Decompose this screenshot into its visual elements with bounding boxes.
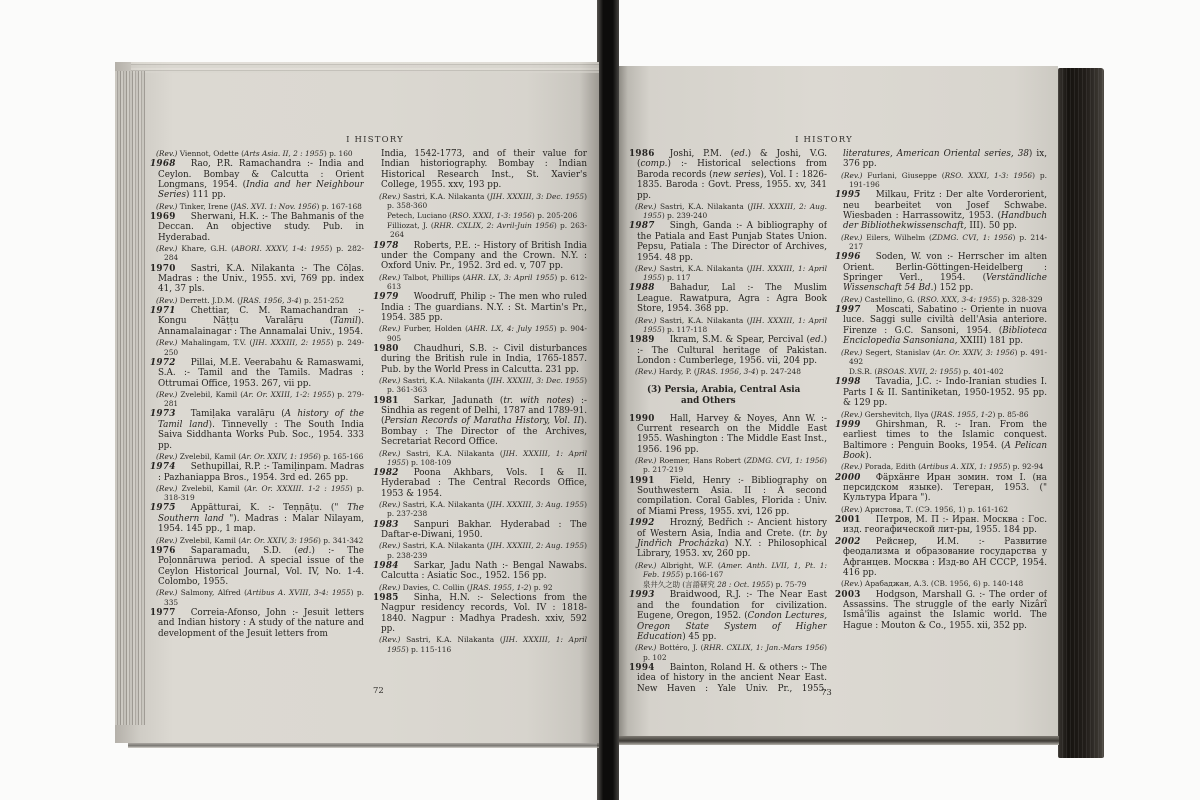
bib-entry: 1994Bainton, Roland H. & others :- The i… xyxy=(629,663,827,693)
left-page: I HISTORY (Rev.) Viennot, Odette (Arts A… xyxy=(115,62,599,743)
review-citation: (Rev.) Zvelebil, Kamil (Ar. Or. XXIV, 3:… xyxy=(150,536,364,545)
review-citation: (Rev.) Castellino, G. (RSO. XXX, 3-4: 19… xyxy=(835,295,1047,304)
review-citation: (Rev.) Sastri, K.A. Nilakanta (JIH. XXXI… xyxy=(373,449,587,467)
bib-entry: 1987Singh, Ganda :- A bibliography of th… xyxy=(629,221,827,263)
bib-entry: 1985Sinha, H.N. :- Selections from the N… xyxy=(373,593,587,635)
entry-number: 1992 xyxy=(629,518,655,528)
entry-number: 1971 xyxy=(150,306,176,316)
book-spine xyxy=(597,0,619,800)
left-page-edge-texture xyxy=(115,71,145,725)
entry-number: 1999 xyxy=(835,420,861,430)
entry-number: 1990 xyxy=(629,414,655,424)
review-citation: (Rev.) Talbot, Phillips (AHR. LX, 3: Apr… xyxy=(373,273,587,291)
section-heading-line1: (3) Persia, Arabia, Central Asia xyxy=(647,385,827,396)
entry-number: 1978 xyxy=(373,241,399,251)
bib-entry: 1995Milkau, Fritz : Der alte Vorderorien… xyxy=(835,190,1047,232)
running-header-right: I HISTORY xyxy=(754,135,894,145)
review-citation: (Rev.) Zvelebil, Kamil (Ar. Or. XXIII, 1… xyxy=(150,390,364,408)
entry-number: 2001 xyxy=(835,515,861,525)
review-citation: (Rev.) Аристова, Т. (СЭ. 1956, 1) p. 161… xyxy=(835,505,1047,514)
review-citation: (Rev.) Bottéro, J. (RHR. CXLIX, 1: Jan.-… xyxy=(629,643,827,661)
entry-number: 1977 xyxy=(150,608,176,618)
entry-number: 1986 xyxy=(629,149,655,159)
bib-entry: 1979Woodruff, Philip :- The men who rule… xyxy=(373,292,587,323)
entry-number: 1995 xyxy=(835,190,861,200)
review-citation: (Rev.) Sastri, K.A. Nilakanta (JIH. XXXI… xyxy=(373,500,587,518)
review-citation: (Rev.) Eilers, Wilhelm (ZDMG. CVI, 1: 19… xyxy=(835,233,1047,251)
bib-entry: 1970Sastri, K.A. Nilakanta :- The Cōḷas.… xyxy=(150,264,364,295)
right-page-block-edge xyxy=(1058,68,1104,758)
bib-entry: 1989Ikram, S.M. & Spear, Percival (ed.) … xyxy=(629,335,827,366)
review-citation: (Rev.) Sastri, K.A. Nilakanta (JIH. XXXI… xyxy=(373,635,587,653)
entry-number: 1991 xyxy=(629,476,655,486)
entry-number: 1998 xyxy=(835,377,861,387)
bib-entry: 1990Hall, Harvey & Noyes, Ann W. :- Curr… xyxy=(629,414,827,456)
bib-entry: 1971Chettiar, C. M. Ramachandran :- Kong… xyxy=(150,306,364,337)
review-citation: (Rev.) Furlani, Giuseppe (RSO. XXXI, 1-3… xyxy=(835,171,1047,189)
review-citation-secondary: D.S.R. (BSOAS. XVII, 2: 1955) p. 401-402 xyxy=(835,367,1047,376)
review-citation: (Rev.) Albright, W.F. (Amer. Anth. LVII,… xyxy=(629,561,827,579)
entry-number: 2000 xyxy=(835,473,861,483)
entry-number: 1976 xyxy=(150,546,176,556)
left-page-bottom-edge-shadow xyxy=(128,743,599,748)
entry-number: 1994 xyxy=(629,663,655,673)
review-citation: (Rev.) Khare, G.H. (ABORI. XXXV, 1-4: 19… xyxy=(150,244,364,262)
review-citation: (Rev.) Furber, Holden (AHR. LX, 4: July … xyxy=(373,324,587,342)
section-heading: (3) Persia, Arabia, Central Asiaand Othe… xyxy=(629,378,827,413)
review-citation: (Rev.) Sastri, K.A. Nilakanta (JIH. XXXI… xyxy=(373,541,587,559)
review-citation: (Rev.) Derrett. J.D.M. (JRAS. 1956, 3-4)… xyxy=(150,296,364,305)
entry-continuation: India, 1542-1773, and of their value for… xyxy=(373,149,587,191)
entry-number: 1985 xyxy=(373,593,399,603)
right-page-column-1: 1986Joshi, P.M. (ed.) & Joshi, V.G. (com… xyxy=(629,149,827,693)
entry-number: 1981 xyxy=(373,396,399,406)
bib-entry: 1981Sarkar, Jadunath (tr. with notes) :-… xyxy=(373,396,587,448)
review-citation: (Rev.) Tinker, Irene (JAS. XVI. 1: Nov. … xyxy=(150,202,364,211)
review-citation: (Rev.) Davies, C. Collin (JRAS. 1955, 1-… xyxy=(373,583,587,592)
bib-entry: 1977Correia-Afonso, John :- Jesuit lette… xyxy=(150,608,364,639)
entry-number: 1968 xyxy=(150,159,176,169)
bib-entry: 1973Tamiḷaka varalāṛu (A history of the … xyxy=(150,409,364,451)
left-page-column-2: India, 1542-1773, and of their value for… xyxy=(373,149,587,689)
bib-entry: 1986Joshi, P.M. (ed.) & Joshi, V.G. (com… xyxy=(629,149,827,201)
review-citation: (Rev.) Арабаджан, А.З. (СВ. 1956, 6) p. … xyxy=(835,579,1047,588)
review-citation: (Rev.) Roemer, Hans Robert (ZDMG. CVI, 1… xyxy=(629,456,827,474)
review-citation: (Rev.) Zvelebil, Kamil (Ar. Or. XXIV, 1:… xyxy=(150,452,364,461)
entry-number: 1993 xyxy=(629,590,655,600)
review-citation: (Rev.) Sastri, K.A. Nilakanta (JIH. XXXI… xyxy=(629,264,827,282)
entry-number: 1982 xyxy=(373,468,399,478)
running-header-left: I HISTORY xyxy=(305,135,445,145)
entry-number: 2003 xyxy=(835,590,861,600)
bib-entry: 1968Rao, P.R. Ramachandra :- India and C… xyxy=(150,159,364,201)
entry-number: 1996 xyxy=(835,252,861,262)
review-citation: (Rev.) Porada, Edith (Artibus A. XIX, 1:… xyxy=(835,462,1047,471)
review-citation: (Rev.) Segert, Stanislav (Ar. Or. XXIV, … xyxy=(835,348,1047,366)
right-page-column-2: literatures, American Oriental series, 3… xyxy=(835,149,1047,693)
review-citation: (Rev.) Hardy, P. (JRAS. 1956, 3-4) p. 24… xyxy=(629,367,827,376)
review-citation: (Rev.) Mahalingam, T.V. (JIH. XXXIII, 2:… xyxy=(150,338,364,356)
entry-number: 1988 xyxy=(629,283,655,293)
entry-number: 1984 xyxy=(373,561,399,571)
bib-entry: 1982Poona Akhbars, Vols. I & II. Hyderab… xyxy=(373,468,587,499)
bib-entry: 1999Ghirshman, R. :- Iran. From the earl… xyxy=(835,420,1047,462)
review-citation-secondary: Filliozat, J. (RHR. CXLIX, 2: Avril-Juin… xyxy=(373,221,587,239)
bib-entry: 1988Bahadur, Lal :- The Muslim League. R… xyxy=(629,283,827,314)
bib-entry: 1976Saparamadu, S.D. (ed.) :- The Poḷonn… xyxy=(150,546,364,588)
bib-entry: 1991Field, Henry :- Bibliography on Sout… xyxy=(629,476,827,518)
review-citation: (Rev.) Zvelebil, Kamil (Ar. Or. XXXIII. … xyxy=(150,484,364,502)
entry-number: 1970 xyxy=(150,264,176,274)
bib-entry: 2000Фӓрхӓнге Иран зомин. том I. (на перс… xyxy=(835,473,1047,504)
entry-number: 1969 xyxy=(150,212,176,222)
review-citation: (Rev.) Sastri, K.A. Nilakanta (JIH. XXXI… xyxy=(373,192,587,210)
bib-entry: 1980Chaudhuri, S.B. :- Civil disturbance… xyxy=(373,344,587,375)
bib-entry: 1974Sethupillai, R.P. :- Tamiḷinpam. Mad… xyxy=(150,462,364,483)
entry-number: 2002 xyxy=(835,537,861,547)
bib-entry: 2001Петров, М. П :- Иран. Москва : Гос. … xyxy=(835,515,1047,536)
bib-entry: 1969Sherwani, H.K. :- The Bahmanis of th… xyxy=(150,212,364,243)
bib-entry: 1992Hrozný, Bedřich :- Ancient history o… xyxy=(629,518,827,560)
bib-entry: 1972Pillai, M.E. Veerabahu & Ramaswami, … xyxy=(150,358,364,389)
bib-entry: 1997Moscati, Sabatino :- Oriente in nuov… xyxy=(835,305,1047,347)
bib-entry: 1993Braidwood, R.J. :- The Near East and… xyxy=(629,590,827,642)
book-spread-photo: I HISTORY (Rev.) Viennot, Odette (Arts A… xyxy=(0,0,1200,800)
page-number-left: 72 xyxy=(373,686,384,696)
review-citation-secondary: 泉井久之助 (言語研究 28 : Oct. 1955) p. 75-79 xyxy=(629,580,827,589)
review-citation: (Rev.) Gershevitch, Ilya (JRAS. 1955, 1-… xyxy=(835,410,1047,419)
section-heading-line2: and Others xyxy=(647,396,827,407)
bib-entry: 1983Sanpuri Bakhar. Hyderabad : The Daft… xyxy=(373,520,587,541)
review-citation: (Rev.) Salmony, Alfred (Artibus A. XVIII… xyxy=(150,588,364,606)
right-page-bottom-edge-shadow xyxy=(619,736,1059,745)
review-citation: (Rev.) Sastri, K.A. Nilakanta (JIH. XXXI… xyxy=(629,202,827,220)
entry-number: 1974 xyxy=(150,462,176,472)
right-page: I HISTORY 1986Joshi, P.M. (ed.) & Joshi,… xyxy=(619,66,1058,736)
bib-entry: 2002Рейснер, И.М. :- Развитие феодализма… xyxy=(835,537,1047,579)
review-citation: (Rev.) Sastri, K.A. Nilakanta (JIH. XXXI… xyxy=(373,376,587,394)
review-citation: (Rev.) Viennot, Odette (Arts Asia. II, 2… xyxy=(150,149,364,158)
entry-number: 1989 xyxy=(629,335,655,345)
bib-entry: 1996Soden, W. von :- Herrscher im alten … xyxy=(835,252,1047,294)
bib-entry: 1998Tavadia, J.C. :- Indo-Iranian studie… xyxy=(835,377,1047,408)
review-citation: (Rev.) Sastri, K.A. Nilakanta (JIH. XXXI… xyxy=(629,316,827,334)
bib-entry: 2003Hodgson, Marshall G. :- The order of… xyxy=(835,590,1047,632)
entry-number: 1972 xyxy=(150,358,176,368)
review-citation-secondary: Petech, Luciano (RSO. XXXI, 1-3: 1956) p… xyxy=(373,211,587,220)
entry-number: 1997 xyxy=(835,305,861,315)
bib-entry: 1984Sarkar, Jadu Nath :- Bengal Nawabs. … xyxy=(373,561,587,582)
bib-entry: 1975Appātturai, K. :- Teṇṇāṭu. (" The So… xyxy=(150,503,364,534)
bib-entry: 1978Roberts, P.E. :- History of British … xyxy=(373,241,587,272)
entry-number: 1980 xyxy=(373,344,399,354)
entry-number: 1983 xyxy=(373,520,399,530)
entry-number: 1987 xyxy=(629,221,655,231)
entry-number: 1975 xyxy=(150,503,176,513)
left-page-column-1: (Rev.) Viennot, Odette (Arts Asia. II, 2… xyxy=(150,149,364,689)
page-number-right: 73 xyxy=(821,688,832,698)
entry-number: 1973 xyxy=(150,409,176,419)
entry-number: 1979 xyxy=(373,292,399,302)
entry-continuation: literatures, American Oriental series, 3… xyxy=(835,149,1047,170)
